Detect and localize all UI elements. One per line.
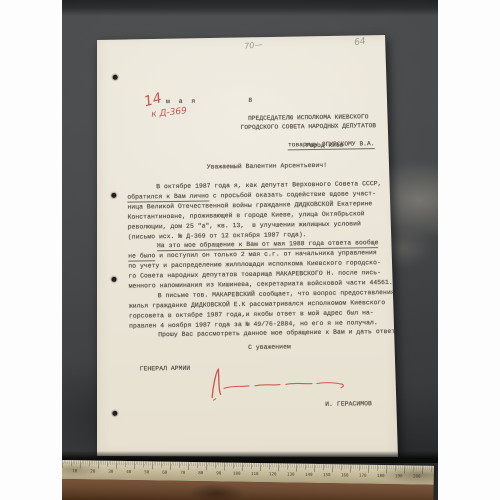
typed-text: В октябре 1987 года я, как депутат Верхо… [156, 180, 381, 190]
typed-text: жилья гражданке ДИДКОВСКОЙ Е.К рассматри… [129, 299, 385, 310]
closing-regards: С уважением [174, 342, 364, 353]
ruler-number: 110 [251, 471, 259, 476]
ruler-number: 200 [413, 474, 421, 479]
typed-text: (письмо исх. № Д-369 от 12 октября 1987 … [128, 231, 307, 240]
signer-name: И. ГЕРАСИМОВ [325, 400, 372, 409]
underlined-text: не было [128, 252, 155, 261]
typed-text: В письме тов. МАКАРЕВСКИЙ сообщает, что … [158, 289, 395, 299]
pencil-mark-center: 70— [244, 40, 263, 51]
ruler-number: 50 [144, 469, 149, 474]
punch-hole [113, 75, 118, 80]
typed-text: ница Великой Отечественной войны граждан… [127, 200, 372, 210]
ruler-number: 100 [233, 471, 241, 476]
letter-body: В октябре 1987 года я, как депутат Верхо… [92, 31, 397, 35]
red-handwritten-date: 14 [142, 90, 163, 110]
closing-rank: ГЕНЕРАЛ АРМИИ [140, 365, 191, 374]
typed-text: и поступил он только 2 мая с.г. от начал… [155, 249, 377, 259]
typed-text: революции, дом 25 "а", кв. 13, в улучшен… [128, 220, 361, 230]
ruler-number: 40 [126, 469, 131, 474]
typed-text: Константиновне, проживающей в городе Кие… [128, 210, 365, 220]
typed-text: го Совета народных депутатов товарища МА… [128, 269, 381, 280]
typed-date: м а я 8 [166, 97, 255, 106]
ruler-number: 130 [287, 472, 295, 477]
letter-paper-wrap: 70— 64 14 м а я 8 к Д-369 ПРЕДСЕДАТЕЛЮ И… [95, 33, 400, 458]
ruler-number: 140 [305, 472, 313, 477]
letter-line: На это мое обращение к Вам от мая 1988 г… [157, 239, 379, 250]
photo-of-archival-letter: 70— 64 14 м а я 8 к Д-369 ПРЕДСЕДАТЕЛЮ И… [0, 0, 500, 500]
pencil-mark-page-number: 64 [354, 37, 367, 49]
ruler-number: 190 [395, 473, 403, 478]
letter-paper: 70— 64 14 м а я 8 к Д-369 ПРЕДСЕДАТЕЛЮ И… [95, 33, 400, 458]
ruler-number: 170 [359, 473, 367, 478]
ruler-number: 150 [323, 472, 331, 477]
ruler-number: 180 [377, 473, 385, 478]
ruler-number: 30 [108, 469, 113, 474]
ruler-number: 80 [198, 470, 203, 475]
red-signature [203, 365, 351, 403]
typed-text: горсовета в октябре 1987 года,и якобы от… [129, 309, 374, 319]
letter-content: 70— 64 14 м а я 8 к Д-369 ПРЕДСЕДАТЕЛЮ И… [92, 31, 403, 460]
wooden-ruler: 1020304050607080901001101201301401501601… [62, 460, 434, 500]
typed-text: по учету и распределению жилплощади испо… [128, 259, 381, 270]
ruler-number: 120 [269, 471, 277, 476]
salutation: Уважаемый Валентин Арсентьевич! [172, 161, 362, 172]
red-reference-number: к Д-369 [151, 106, 188, 120]
ruler-number: 10 [72, 468, 77, 473]
ruler-number: 60 [162, 470, 167, 475]
punch-hole [111, 193, 116, 198]
punch-hole [111, 277, 116, 282]
dark-table-background: 70— 64 14 м а я 8 к Д-369 ПРЕДСЕДАТЕЛЮ И… [62, 0, 438, 500]
ruler-number: 90 [216, 470, 221, 475]
recipient-line-2: ГОРОДСКОГО СОВЕТА НАРОДНЫХ ДЕПУТАТОВ [234, 122, 382, 132]
underlined-text: обратился к Вам лично [127, 192, 209, 202]
letter-line: революции, дом 25 "а", кв. 13, в улучшен… [128, 220, 361, 231]
punch-hole [112, 411, 117, 416]
ruler-number: 160 [341, 472, 349, 477]
ruler-number: 20 [90, 468, 95, 473]
ruler-number: 70 [180, 470, 185, 475]
typed-text: менного напоминания из Кишинева, секрета… [129, 279, 393, 290]
typed-text: с просьбой оказать содействие вдове учас… [209, 190, 376, 199]
